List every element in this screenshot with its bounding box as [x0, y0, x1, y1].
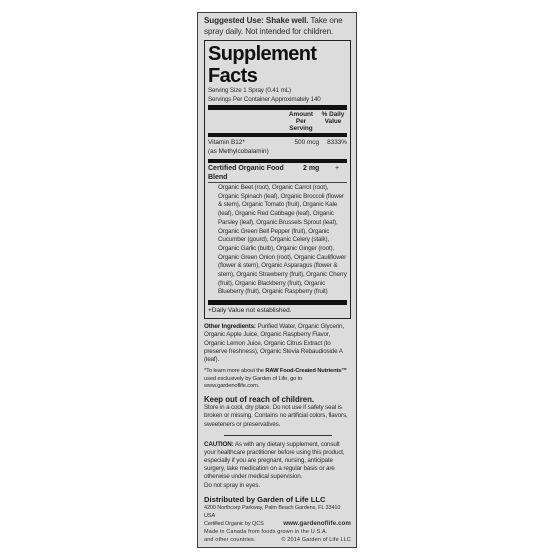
- distributor-title: Distributed by Garden of Life LLC: [204, 495, 351, 505]
- nutrient-amount: 500 mcg: [283, 139, 319, 156]
- website-link[interactable]: www.gardenoflife.com: [283, 520, 351, 528]
- blend-amount: 2 mg: [303, 164, 327, 182]
- certified-row: Certified Organic by QCS www.gardenoflif…: [204, 520, 351, 528]
- nutrient-row-b12: Vitamin B12* (as Methylcobalamin) 500 mc…: [208, 139, 347, 156]
- thick-divider: [208, 159, 347, 163]
- facts-column-header: Amount Per Serving % Daily Value: [208, 111, 347, 132]
- blend-ingredients: Organic Beet (root), Organic Carrot (roo…: [208, 183, 347, 297]
- thick-divider: [208, 105, 347, 110]
- nutrient-name-main: Vitamin B12*: [208, 139, 283, 147]
- dv-header-line2: Value: [319, 118, 347, 125]
- raw-note-suffix: used exclusively by Garden of Life, go t…: [204, 376, 302, 390]
- caution: CAUTION: As with any dietary supplement,…: [204, 441, 351, 482]
- other-countries: and other countries.: [204, 536, 256, 544]
- amount-header-line1: Amount Per: [283, 111, 319, 125]
- keep-out-title: Keep out of reach of children.: [204, 395, 351, 405]
- blend-name: Certified Organic Food Blend: [208, 164, 303, 182]
- dv-header-line1: % Daily: [319, 111, 347, 118]
- raw-note-prefix: *To learn more about the: [204, 368, 265, 374]
- suggested-use: Suggested Use: Shake well. Take one spra…: [204, 16, 351, 37]
- copyright: © 2014 Garden of Life LLC: [281, 536, 351, 544]
- raw-note-brand: RAW Food-Created Nutrients™: [265, 368, 347, 374]
- nutrient-name-sub: (as Methylcobalamin): [208, 148, 283, 156]
- thick-divider: [208, 133, 347, 137]
- suggested-use-label: Suggested Use: Shake well.: [204, 16, 308, 25]
- caution-label: CAUTION:: [204, 441, 234, 448]
- caution-eyes: Do not spray in eyes.: [204, 482, 351, 490]
- section-divider: [224, 435, 332, 436]
- other-ingredients: Other Ingredients: Purified Water, Organ…: [204, 323, 351, 364]
- amount-header-line2: Serving: [283, 125, 319, 132]
- nutrient-name: Vitamin B12* (as Methylcobalamin): [208, 139, 283, 156]
- dv-header: % Daily Value: [319, 111, 347, 132]
- keep-out-text: Store in a cool, dry place. Do not use i…: [204, 404, 351, 429]
- amount-header: Amount Per Serving: [283, 111, 319, 132]
- serving-size: Serving Size 1 Spray (0.41 mL): [208, 87, 347, 96]
- blend-row: Certified Organic Food Blend 2 mg +: [208, 164, 347, 183]
- other-ingredients-label: Other Ingredients:: [204, 323, 256, 330]
- supplement-facts-panel: Supplement Facts Serving Size 1 Spray (0…: [204, 40, 351, 319]
- distributor-address: 4200 Northcorp Parkway, Palm Beach Garde…: [204, 504, 351, 520]
- dv-note: +Daily Value not established.: [208, 306, 347, 315]
- servings-per-container: Servings Per Container Approximately 140: [208, 96, 347, 105]
- nutrient-dv: 8333%: [319, 139, 347, 156]
- copyright-row: and other countries. © 2014 Garden of Li…: [204, 536, 351, 544]
- certified-text: Certified Organic by QCS: [204, 520, 264, 528]
- made-in: Made in Canada from foods grown in the U…: [204, 528, 351, 536]
- blend-dv: +: [327, 164, 347, 182]
- facts-title: Supplement Facts: [208, 43, 347, 87]
- supplement-label: Suggested Use: Shake well. Take one spra…: [197, 12, 357, 548]
- raw-food-note: *To learn more about the RAW Food-Create…: [204, 368, 351, 391]
- thick-divider: [208, 300, 347, 305]
